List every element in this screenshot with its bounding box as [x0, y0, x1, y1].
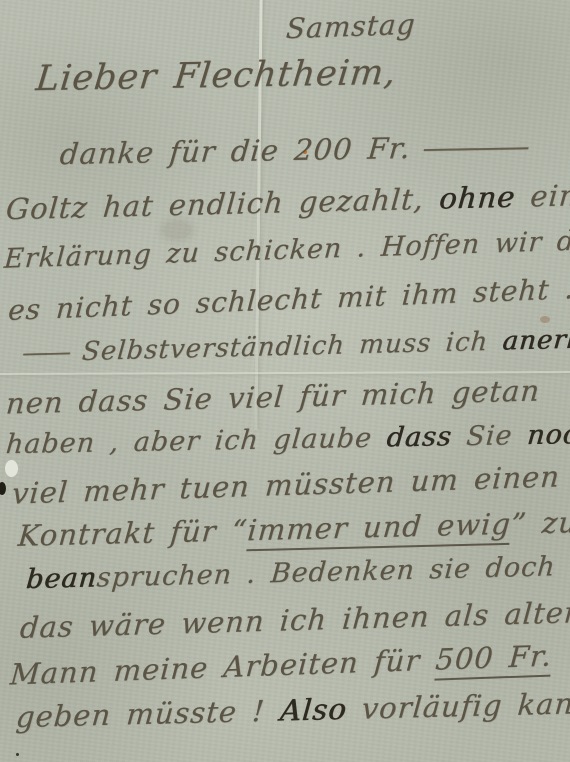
line-text: Goltz hat endlich gezahlt, [5, 182, 441, 227]
letter-line-8: viel mehr tuen müssten um einen [11, 459, 561, 510]
line-text: spruchen . Bedenken sie doch wie [96, 550, 570, 594]
line-text: es nicht so schlecht mit ihm steht . [7, 272, 570, 327]
dash-stroke: —— [21, 337, 69, 368]
line-text: Mann meine Arbeiten für [9, 643, 437, 692]
letter-page: Samstag Lieber Flechtheim, danke für die… [0, 0, 570, 762]
line-text: ” zu [510, 505, 570, 541]
line-text: Sie [450, 420, 528, 452]
letter-line-4: es nicht so schlecht mit ihm steht . [7, 272, 570, 327]
line-text: danke für die 200 Fr. [59, 131, 413, 171]
underlined-phrase: immer und ewig [246, 507, 512, 552]
line-text: nen dass Sie viel für mich getan [5, 373, 542, 420]
letter-line-6: nen dass Sie viel für mich getan [5, 373, 542, 420]
date-line: Samstag [285, 8, 417, 46]
overwritten-word: dass [385, 421, 453, 453]
underlined-amount: 500 Fr. [434, 638, 553, 680]
letter-line-1: danke für die 200 Fr.———— [59, 129, 529, 171]
letter-line-5: ——Selbstverständlich muss ich anerken- [21, 324, 570, 369]
overwritten-word: noch [526, 419, 570, 451]
faint-smudge [163, 221, 191, 239]
letter-line-3: Erklärung zu schicken . Hoffen wir dass [3, 224, 570, 275]
overwritten-word: anerken- [501, 324, 570, 357]
line-text: Kontrakt für “ [17, 513, 249, 553]
letter-line-12: Mann meine Arbeiten für 500 Fr. [9, 638, 553, 691]
dash-stroke: ———— [421, 129, 528, 165]
letter-line-10: beanspruchen . Bedenken sie doch wie [25, 550, 570, 596]
line-text: Erklärung zu schicken . Hoffen wir dass [3, 224, 570, 275]
foxing-fleck [540, 316, 550, 323]
letter-line-11: das wäre wenn ich ihnen als alter [19, 595, 570, 645]
salutation: Lieber Flechtheim, [34, 53, 398, 99]
line-text: vorläufig kann [345, 686, 570, 726]
small-dot-bottom-left [16, 753, 19, 756]
letter-line-2: Goltz hat endlich gezahlt, ohne eine [5, 178, 570, 227]
overwritten-word: ohne [438, 180, 517, 216]
ink-blot-left-edge [0, 482, 6, 495]
line-text: das wäre wenn ich ihnen als alter [19, 595, 570, 645]
line-text: eine [514, 178, 570, 214]
paper-chip-spot [5, 460, 18, 477]
overwritten-word: bean [25, 563, 98, 596]
line-text: haben , aber ich glaube [5, 422, 388, 460]
line-text: geben müsste ! [15, 694, 282, 735]
letter-line-13: geben müsste ! Also vorläufig kann [15, 686, 570, 734]
overwritten-word: Also [279, 692, 348, 728]
letter-line-7: haben , aber ich glaube dass Sie noch [5, 419, 570, 460]
line-text: viel mehr tuen müssten um einen [11, 459, 561, 510]
letter-line-9: Kontrakt für “immer und ewig” zu [17, 505, 570, 553]
line-text: Selbstverständlich muss ich [81, 327, 504, 367]
